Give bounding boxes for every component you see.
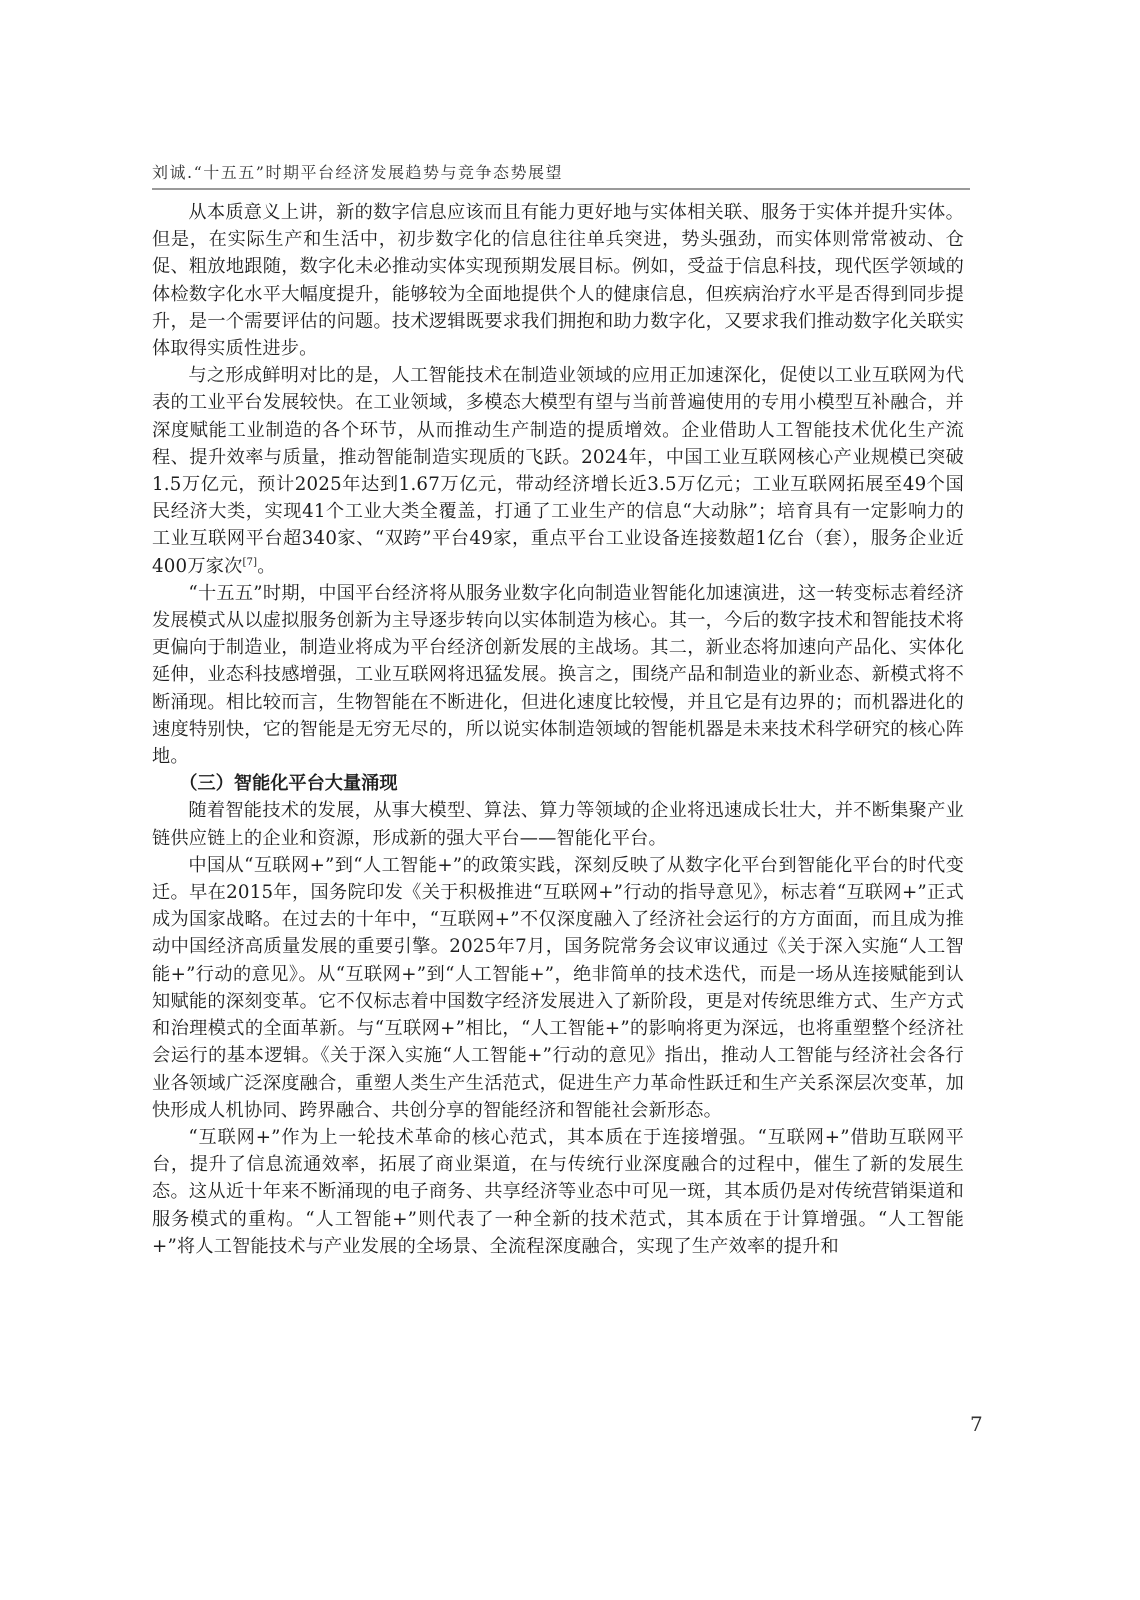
- running-header: 刘诚.“十五五”时期平台经济发展趋势与竞争态势展望: [152, 160, 563, 183]
- header-rule: [152, 188, 970, 190]
- article-body: 从本质意义上讲，新的数字信息应该而且有能力更好地与实体相关联、服务于实体并提升实…: [152, 199, 964, 1260]
- paragraph-3: “十五五”时期，中国平台经济将从服务业数字化向制造业智能化加速演进，这一转变标志…: [152, 580, 964, 770]
- paragraph-2-end: 。: [257, 556, 275, 577]
- citation-ref[interactable]: [7]: [242, 557, 257, 568]
- paragraph-1: 从本质意义上讲，新的数字信息应该而且有能力更好地与实体相关联、服务于实体并提升实…: [152, 199, 964, 362]
- page-number: 7: [970, 1412, 983, 1436]
- paragraph-6: “互联网+”作为上一轮技术革命的核心范式，其本质在于连接增强。“互联网+”借助互…: [152, 1124, 964, 1260]
- section-heading: （三）智能化平台大量涌现: [152, 770, 964, 797]
- paragraph-2: 与之形成鲜明对比的是，人工智能技术在制造业领域的应用正加速深化，促使以工业互联网…: [152, 362, 964, 580]
- paragraph-4: 随着智能技术的发展，从事大模型、算法、算力等领域的企业将迅速成长壮大，并不断集聚…: [152, 797, 964, 851]
- paragraph-5: 中国从“互联网+”到“人工智能+”的政策实践，深刻反映了从数字化平台到智能化平台…: [152, 852, 964, 1124]
- paragraph-2-text: 与之形成鲜明对比的是，人工智能技术在制造业领域的应用正加速深化，促使以工业互联网…: [152, 365, 964, 576]
